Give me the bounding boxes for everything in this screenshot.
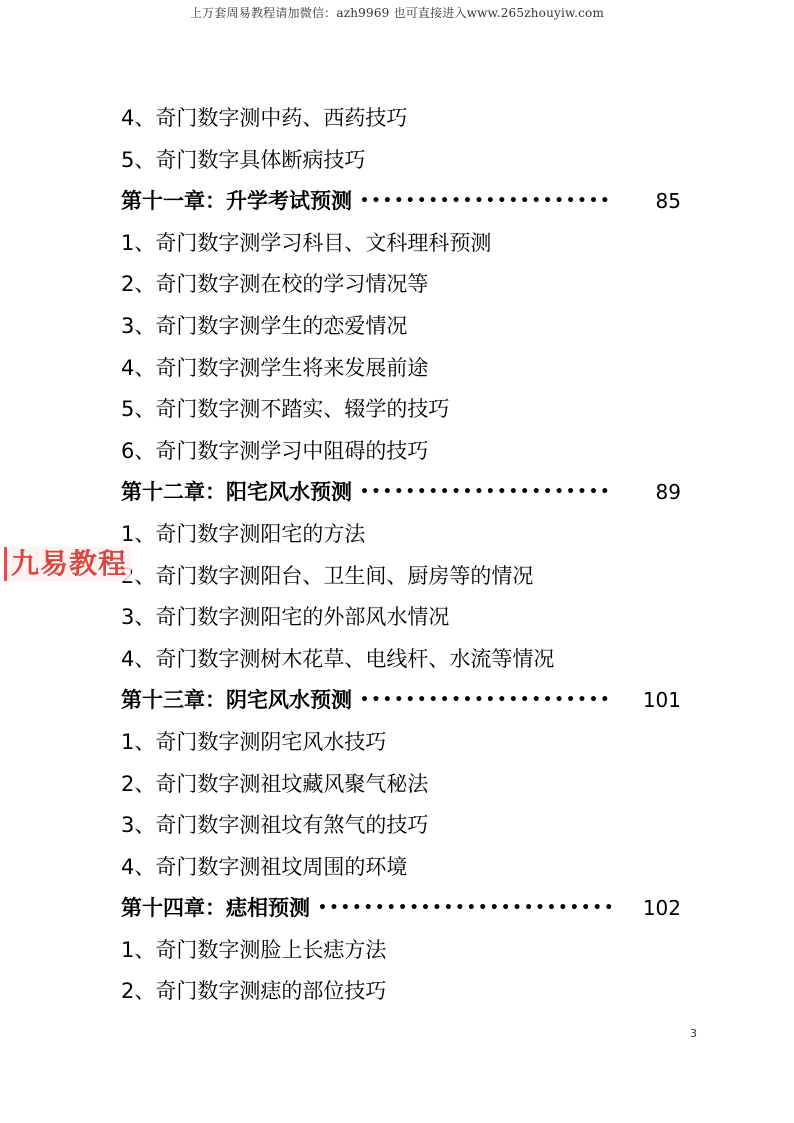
dot-leader: ••••••••••••••••••••••: [360, 181, 648, 223]
toc-item: 2、奇门数字测阳台、卫生间、厨房等的情况: [121, 556, 681, 598]
toc-item: 1、奇门数字测学习科目、文科理科预测: [121, 223, 681, 265]
toc-item-label: 6、奇门数字测学习中阻碍的技巧: [121, 431, 428, 473]
toc-item: 3、奇门数字测阳宅的外部风水情况: [121, 597, 681, 639]
toc-item-label: 4、奇门数字测祖坟周围的环境: [121, 847, 407, 889]
toc-item: 2、奇门数字测祖坟藏风聚气秘法: [121, 764, 681, 806]
toc-item: 3、奇门数字测学生的恋爱情况: [121, 306, 681, 348]
toc-item: 4、奇门数字测中药、西药技巧: [121, 98, 681, 140]
toc-chapter: 第十四章：痣相预测 •••••••••••••••••••••••••• 102: [121, 888, 681, 930]
toc-item-label: 2、奇门数字测在校的学习情况等: [121, 264, 428, 306]
toc-item: 2、奇门数字测在校的学习情况等: [121, 264, 681, 306]
chapter-page-number: 101: [643, 680, 681, 722]
toc-item-label: 5、奇门数字具体断病技巧: [121, 140, 365, 182]
toc-item: 5、奇门数字具体断病技巧: [121, 140, 681, 182]
toc-item-label: 3、奇门数字测学生的恋爱情况: [121, 306, 407, 348]
toc-item: 1、奇门数字测脸上长痣方法: [121, 930, 681, 972]
toc-item: 6、奇门数字测学习中阻碍的技巧: [121, 431, 681, 473]
toc-item-label: 4、奇门数字测树木花草、电线杆、水流等情况: [121, 639, 554, 681]
toc-item-label: 1、奇门数字测学习科目、文科理科预测: [121, 223, 491, 265]
toc-item-label: 1、奇门数字测阴宅风水技巧: [121, 722, 386, 764]
toc-item: 4、奇门数字测学生将来发展前途: [121, 348, 681, 390]
toc-item-label: 1、奇门数字测阳宅的方法: [121, 514, 365, 556]
toc-item: 1、奇门数字测阳宅的方法: [121, 514, 681, 556]
chapter-page-number: 89: [656, 472, 681, 514]
toc-item-label: 4、奇门数字测中药、西药技巧: [121, 98, 407, 140]
toc-item-label: 4、奇门数字测学生将来发展前途: [121, 348, 428, 390]
toc-item: 3、奇门数字测祖坟有煞气的技巧: [121, 805, 681, 847]
chapter-title: 第十二章：阳宅风水预测: [121, 472, 352, 514]
dot-leader: ••••••••••••••••••••••: [360, 680, 635, 722]
dot-leader: ••••••••••••••••••••••••••: [318, 888, 635, 930]
toc-item-label: 3、奇门数字测祖坟有煞气的技巧: [121, 805, 428, 847]
toc-item: 5、奇门数字测不踏实、辍学的技巧: [121, 389, 681, 431]
table-of-contents: 4、奇门数字测中药、西药技巧 5、奇门数字具体断病技巧 第十一章：升学考试预测 …: [121, 98, 681, 1013]
toc-item-label: 3、奇门数字测阳宅的外部风水情况: [121, 597, 449, 639]
chapter-title: 第十四章：痣相预测: [121, 888, 310, 930]
toc-chapter: 第十一章：升学考试预测 •••••••••••••••••••••• 85: [121, 181, 681, 223]
chapter-page-number: 85: [656, 181, 681, 223]
toc-item: 1、奇门数字测阴宅风水技巧: [121, 722, 681, 764]
toc-item-label: 2、奇门数字测祖坟藏风聚气秘法: [121, 764, 428, 806]
toc-item: 4、奇门数字测祖坟周围的环境: [121, 847, 681, 889]
toc-item-label: 1、奇门数字测脸上长痣方法: [121, 930, 386, 972]
page-header-banner: 上万套周易教程请加微信：azh9969 也可直接进入www.265zhouyiw…: [0, 4, 794, 21]
page-number: 3: [690, 1027, 697, 1040]
toc-item-label: 5、奇门数字测不踏实、辍学的技巧: [121, 389, 449, 431]
toc-item: 2、奇门数字测痣的部位技巧: [121, 971, 681, 1013]
watermark-logo: 九易教程: [4, 547, 131, 581]
toc-item-label: 2、奇门数字测阳台、卫生间、厨房等的情况: [121, 556, 533, 598]
chapter-title: 第十一章：升学考试预测: [121, 181, 352, 223]
chapter-page-number: 102: [643, 888, 681, 930]
toc-chapter: 第十二章：阳宅风水预测 •••••••••••••••••••••• 89: [121, 472, 681, 514]
toc-item-label: 2、奇门数字测痣的部位技巧: [121, 971, 386, 1013]
chapter-title: 第十三章：阴宅风水预测: [121, 680, 352, 722]
dot-leader: ••••••••••••••••••••••: [360, 472, 648, 514]
toc-item: 4、奇门数字测树木花草、电线杆、水流等情况: [121, 639, 681, 681]
toc-chapter: 第十三章：阴宅风水预测 •••••••••••••••••••••• 101: [121, 680, 681, 722]
